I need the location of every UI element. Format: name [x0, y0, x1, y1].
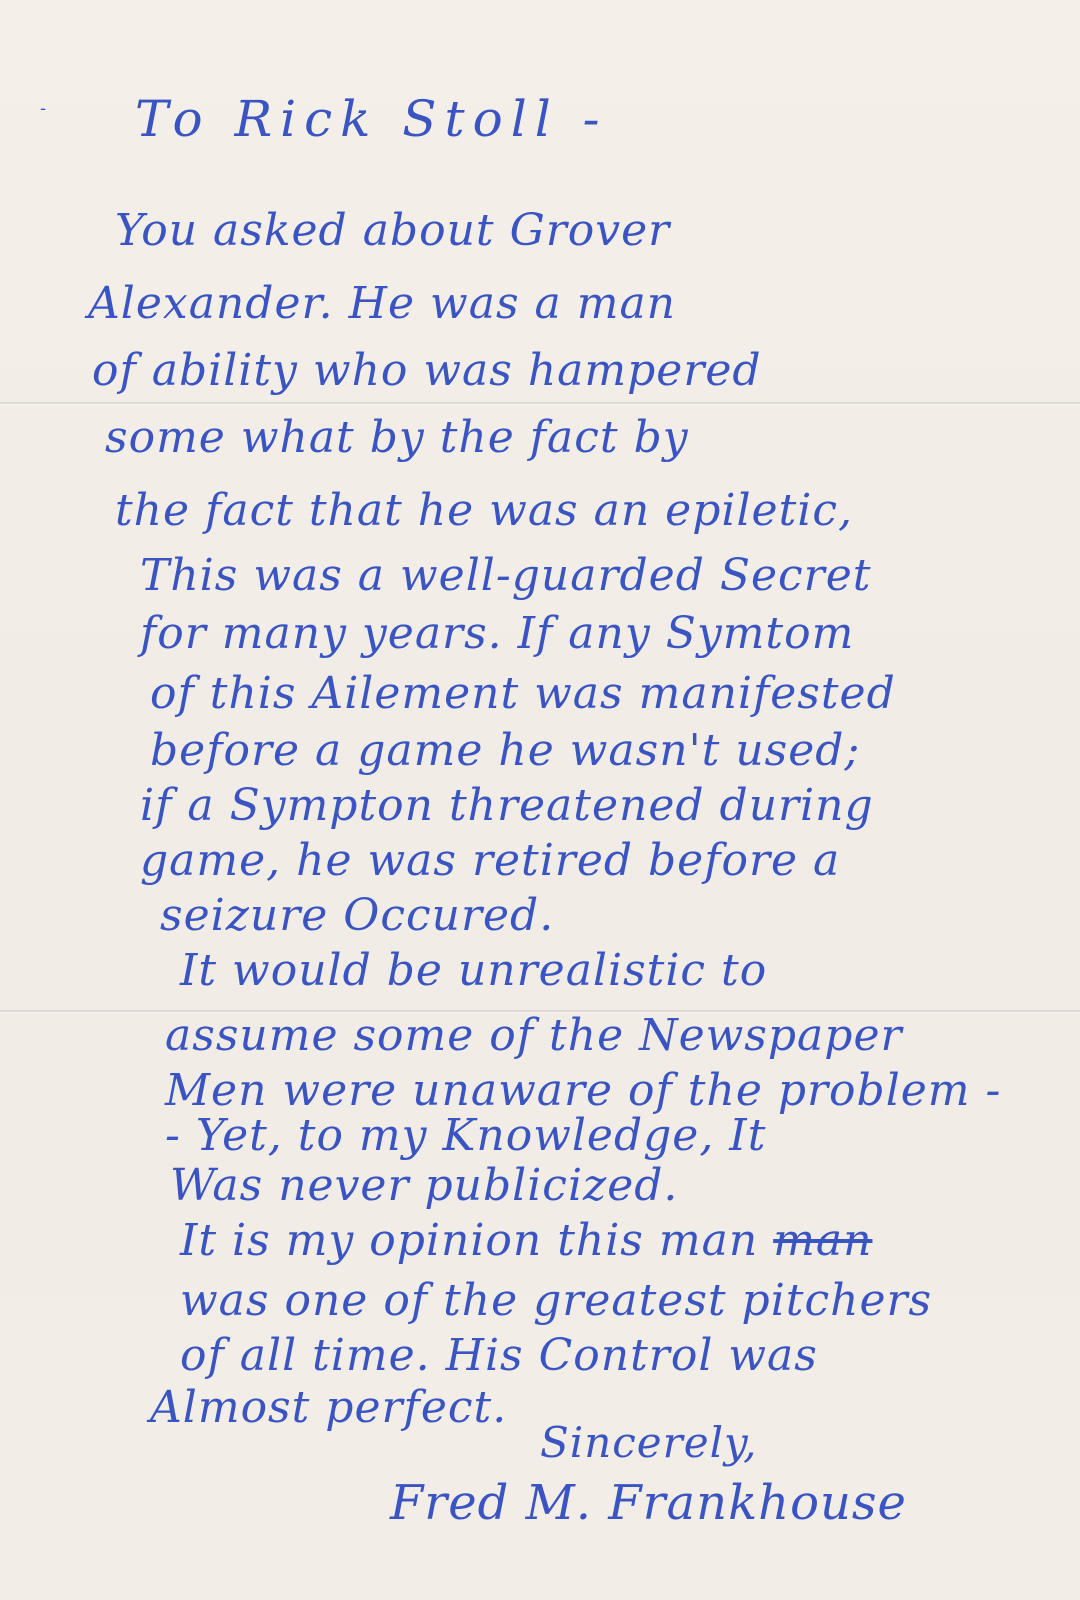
- body-line-2: Alexander. He was a man: [88, 278, 676, 329]
- body-line-1: You asked about Grover: [115, 205, 670, 256]
- body-line-13: It would be unrealistic to: [180, 945, 767, 996]
- body-line-18: It is my opinion this man man: [180, 1215, 872, 1266]
- signature: Fred M. Frankhouse: [390, 1475, 907, 1531]
- body-line-7: for many years. If any Symtom: [140, 608, 854, 659]
- body-line-10: if a Sympton threatened during: [140, 780, 874, 831]
- body-line-5: the fact that he was an epiletic,: [115, 485, 853, 536]
- body-line-21: Almost perfect.: [150, 1382, 507, 1433]
- body-line-4: some what by the fact by: [105, 412, 689, 463]
- body-line-14: assume some of the Newspaper: [165, 1010, 903, 1061]
- body-line-9: before a game he wasn't used;: [150, 725, 860, 776]
- body-line-19: was one of the greatest pitchers: [180, 1275, 932, 1326]
- body-line-11: game, he was retired before a: [140, 835, 840, 886]
- body-line-3: of ability who was hampered: [92, 345, 762, 396]
- body-line-8: of this Ailement was manifested: [150, 668, 896, 719]
- salutation: To Rick Stoll -: [135, 90, 608, 148]
- struck-word: man: [773, 1215, 872, 1266]
- body-line-6: This was a well-guarded Secret: [140, 550, 871, 601]
- body-line-20: of all time. His Control was: [180, 1330, 818, 1381]
- closing: Sincerely,: [540, 1418, 758, 1467]
- fold-crease-top: [0, 402, 1080, 404]
- body-line-15: Men were unaware of the problem -: [165, 1065, 1001, 1116]
- body-line-16: - Yet, to my Knowledge, It: [165, 1110, 766, 1161]
- body-line-17: Was never publicized.: [170, 1160, 678, 1211]
- body-line-12: seizure Occured.: [160, 890, 554, 941]
- pen-mark: -: [40, 98, 46, 119]
- body-line-18-text: It is my opinion this man: [180, 1215, 758, 1266]
